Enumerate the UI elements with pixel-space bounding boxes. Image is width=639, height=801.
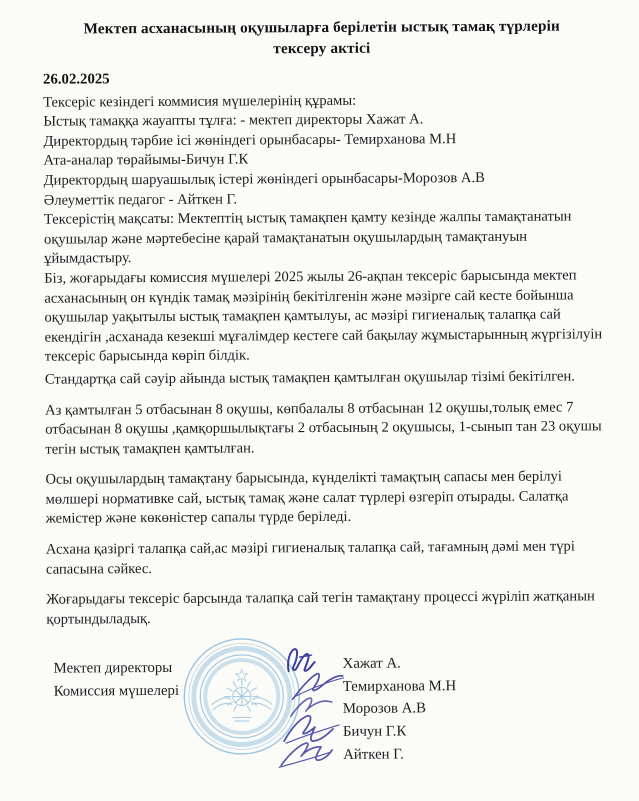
document-body: Мектеп асханасының оқушыларға берілетін … <box>43 15 605 630</box>
paragraph-purpose: Тексерістің мақсаты: Мектептің ыстық там… <box>44 207 602 269</box>
document-date: 26.02.2025 <box>43 67 601 90</box>
signatory-name: Бичун Г.К <box>343 720 457 743</box>
paragraph-quality: Осы оқушылардың тамақтану барысында, күн… <box>45 468 603 530</box>
document-page: Мектеп асханасының оқушыларға берілетін … <box>0 0 639 801</box>
signature-mark <box>293 674 344 700</box>
commission-block: Тексеріс кезіндегі коммисия мүшелерінің … <box>43 90 603 368</box>
paragraph-inspection: Біз, жоғарыдағы комиссия мүшелері 2025 ж… <box>44 266 603 367</box>
signatory-name: Хажат А. <box>343 652 457 675</box>
state-emblem-icon <box>212 669 272 721</box>
signature-mark <box>291 698 332 716</box>
paragraph-standard: Стандартқа сай сәуір айында ыстық тамақп… <box>45 367 603 390</box>
label-commission-members: Комиссия мүшелері <box>54 679 179 702</box>
signature-mark <box>288 649 315 671</box>
signatory-names: Хажат А. Темирханова М.Н Морозов А.В Бич… <box>343 652 457 766</box>
title-line-2: тексеру актісі <box>43 36 601 60</box>
signature-labels: Мектеп директоры Комиссия мүшелері <box>54 657 180 703</box>
paragraph-conclusion: Жоғарыдағы тексеріс барсында талапқа сай… <box>46 588 604 631</box>
signatory-name: Темирханова М.Н <box>343 675 457 698</box>
signature-mark <box>284 716 339 744</box>
signature-mark <box>279 743 332 767</box>
document-title: Мектеп асханасының оқушыларға берілетін … <box>43 15 601 60</box>
scanned-sheet: Мектеп асханасының оқушыларға берілетін … <box>0 0 639 801</box>
official-round-stamp-icon <box>184 639 300 755</box>
label-school-director: Мектеп директоры <box>54 657 179 680</box>
paragraph-coverage: Аз қамтылған 5 отбасынан 8 оқушы, көпбал… <box>45 398 603 460</box>
title-line-1: Мектеп асханасының оқушыларға берілетін … <box>43 15 601 39</box>
signatory-name: Айткен Г. <box>343 743 457 766</box>
signature-ink-marks <box>279 649 345 767</box>
signatory-name: Морозов А.В <box>343 698 457 721</box>
paragraph-canteen: Асхана қазіргі талапқа сай,ас мәзірі гиг… <box>46 537 604 580</box>
